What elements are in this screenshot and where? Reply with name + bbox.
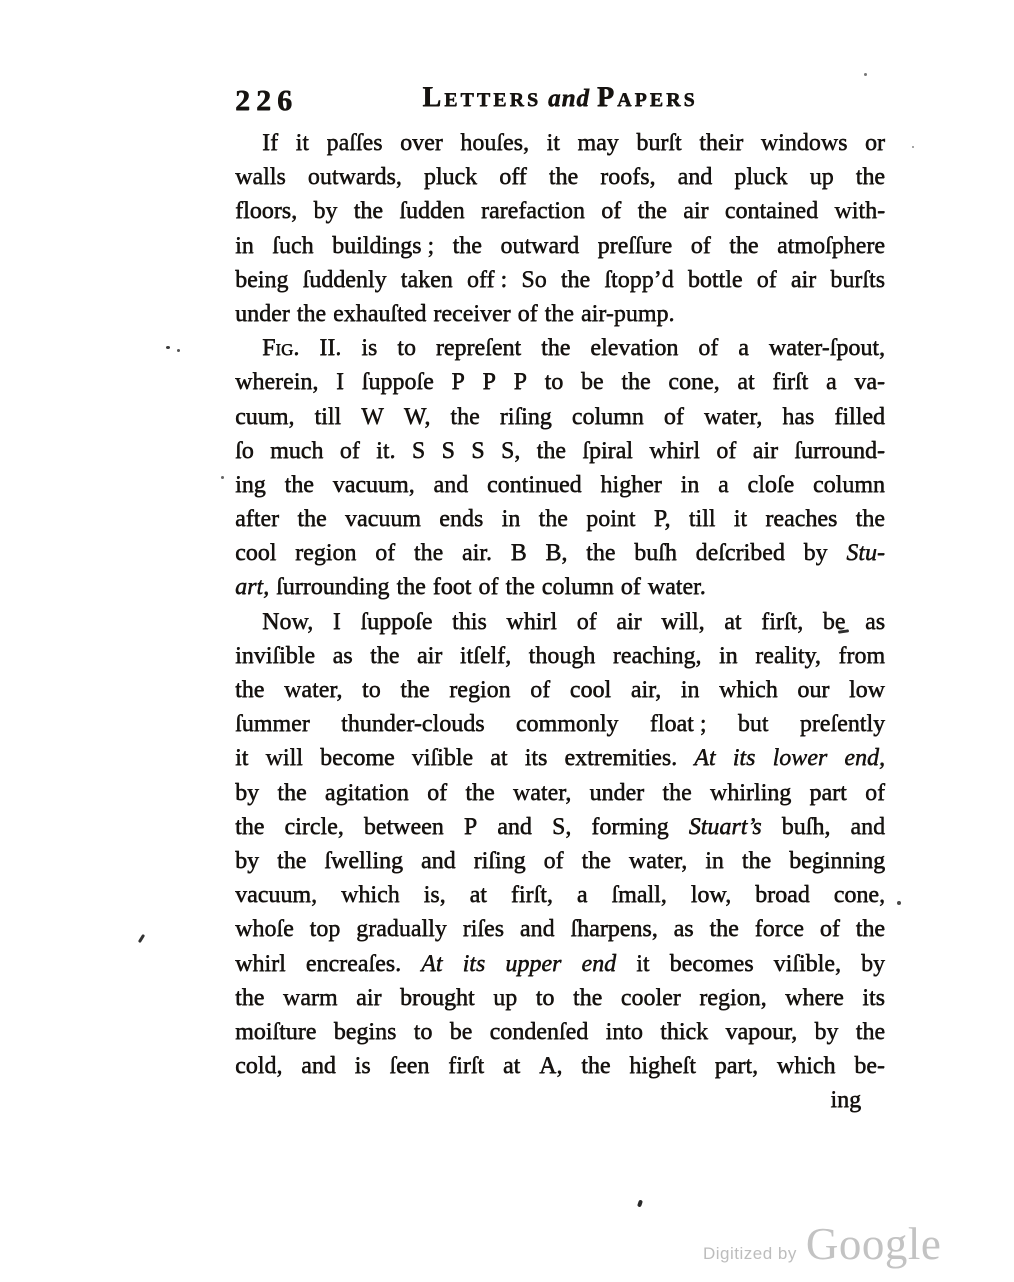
text-line: Fig.II.istorepreſenttheelevationofawater… [235,335,885,369]
scan-speck [177,349,180,352]
running-title-word1: Letters [422,82,541,113]
text-block: Ifitpaſſesoverhouſes,itmayburſttheirwind… [235,130,885,1121]
scan-speck [864,73,867,76]
text-line: beingſuddenlytakenoff :Sotheſtopp’dbottl… [235,267,885,301]
text-line: wherein,IſuppoſePPPtobethecone,atfirſtav… [235,369,885,403]
text-line: ſomuchofit.SSSS,theſpiralwhirlofairſurro… [235,438,885,472]
text-line: cuum,tillWW,theriſingcolumnofwater,hasfi… [235,404,885,438]
text-line: ſummerthunder-cloudscommonlyfloat ;butpr… [235,711,885,745]
digitized-by-google-watermark: Digitized by Google [703,1218,941,1270]
text-line: ingthevacuum,andcontinuedhigherinacloſec… [235,472,885,506]
text-line: coolregionoftheair.BB,thebuſhdeſcribedby… [235,540,885,574]
page-number: 226 [235,84,298,118]
page-header: 226 LettersandPapers [235,82,885,124]
text-line: Now,Iſuppoſethiswhirlofairwill,atfirſt,b… [235,609,885,643]
text-line: art,ſurroundingthefootofthecolumnofwater… [235,574,885,608]
scan-speck [912,146,914,148]
scan-speck [897,901,901,905]
text-line: thewater,totheregionofcoolair,inwhichour… [235,677,885,711]
scan-speck [637,1200,643,1208]
text-line: thewarmairbroughtuptothecoolerregion,whe… [235,985,885,1019]
text-line: bytheagitationofthewater,underthewhirlin… [235,780,885,814]
scan-speck [138,934,145,943]
running-title: LettersandPapers [235,82,885,114]
text-line: whirlencreaſes.Atitsupperenditbecomesviſ… [235,951,885,985]
text-line: moiſturebeginstobecondenſedintothickvapo… [235,1019,885,1053]
text-line: inviſibleastheairitſelf,thoughreaching,i… [235,643,885,677]
text-line: Ifitpaſſesoverhouſes,itmayburſttheirwind… [235,130,885,164]
text-line: bytheſwellingandriſingofthewater,inthebe… [235,848,885,882]
text-line: cold,andisſeenfirſtatA,thehigheſtpart,wh… [235,1053,885,1087]
text-line: wallsoutwards,pluckofftheroofs,andplucku… [235,164,885,198]
text-line: floors,bytheſuddenrarefactionoftheaircon… [235,198,885,232]
text-line: afterthevacuumendsinthepointP,tillitreac… [235,506,885,540]
text-line: inſuchbuildings ;theoutwardpreſſureofthe… [235,233,885,267]
text-line: ing [235,1087,885,1121]
text-line: whoſetopgraduallyriſesandſharpens,asthef… [235,916,885,950]
text-line: undertheexhauſtedreceiveroftheair-pump. [235,301,885,335]
running-title-word2: Papers [597,82,698,113]
text-line: thecircle,betweenPandS,formingStuart’sbu… [235,814,885,848]
watermark-prefix: Digitized by [703,1244,797,1264]
book-page-scan: 226 LettersandPapers Ifitpaſſesoverhouſe… [0,0,1014,1282]
text-line: itwillbecomeviſibleatitsextremities.Atit… [235,745,885,779]
google-logo: Google [806,1218,941,1270]
text-line: vacuum,whichis,atfirſt,aſmall,low,broadc… [235,882,885,916]
scan-speck [166,346,170,349]
running-title-conjunction: and [541,85,597,112]
scan-speck [221,476,224,479]
